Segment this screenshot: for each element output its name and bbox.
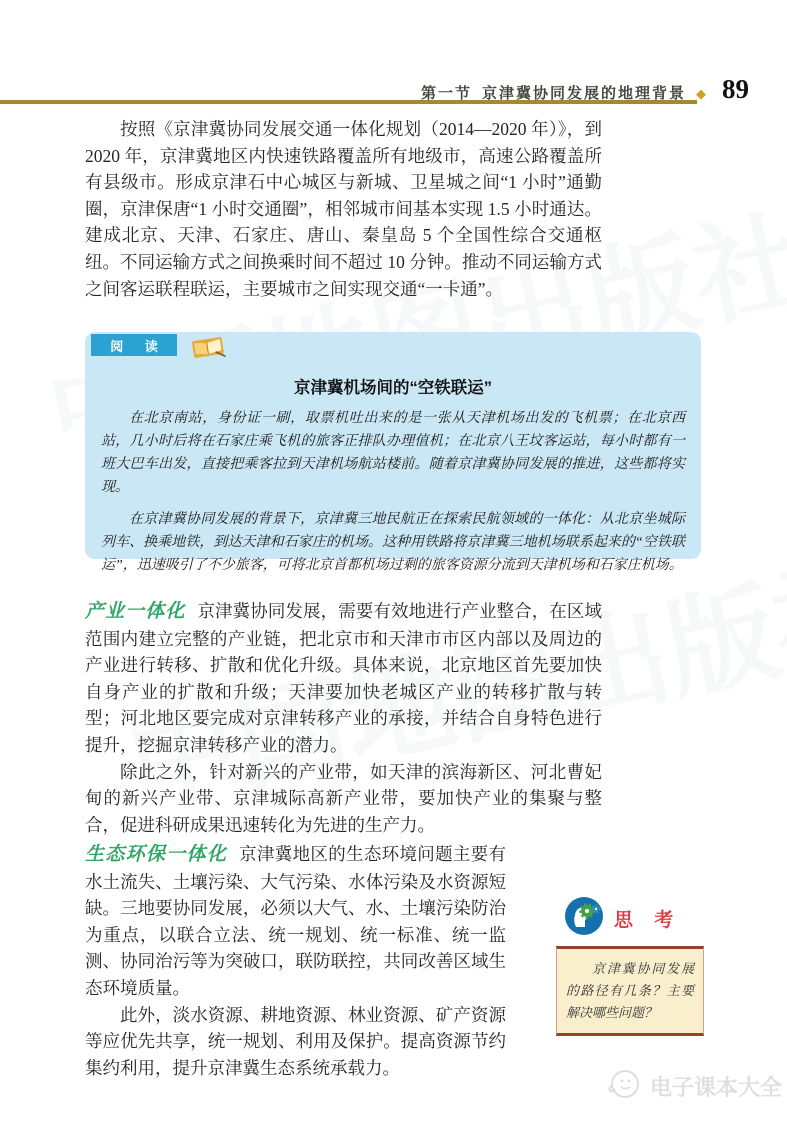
section-lead-text: 京津冀地区的生态环境问题主要有水土流失、土壤污染、大气污染、水体污染及水资源短缺…	[85, 844, 506, 998]
section-paragraph: 除此之外，针对新兴的产业带，如天津的滨海新区、河北曹妃甸的新兴产业带、京津城际高…	[85, 759, 602, 839]
reading-title: 京津冀机场间的“空铁联运”	[85, 332, 701, 398]
brand-text: 电子课本大全	[650, 1071, 782, 1102]
intro-paragraph: 按照《京津冀协同发展交通一体化规划（2014—2020 年）》，到 2020 年…	[85, 116, 602, 302]
think-label: 思 考	[614, 905, 681, 932]
reading-box: 阅 读 京津冀机场间的“空铁联运” 在北京南站，身份证一刷，取票机吐出来的是一张…	[85, 332, 701, 559]
reading-paragraph: 在北京南站，身份证一刷，取票机吐出来的是一张从天津机场出发的飞机票；在北京西站，…	[101, 407, 685, 499]
reading-paragraph: 在京津冀协同发展的背景下，京津冀三地民航正在探索民航领域的一体化：从北京坐城际列…	[101, 508, 685, 577]
open-book-icon	[187, 333, 229, 368]
think-sidebar: 思 考 京津冀协同发展的路径有几条？主要解决哪些问题？	[556, 896, 704, 1036]
think-question-box: 京津冀协同发展的路径有几条？主要解决哪些问题？	[556, 946, 704, 1036]
think-header: 思 考	[556, 896, 704, 941]
section-paragraph: 此外，淡水资源、耕地资源、林业资源、矿产资源等应优先共享，统一规划、利用及保护。…	[85, 1002, 506, 1082]
reading-tab: 阅 读	[91, 334, 177, 356]
section-heading: 生态环保一体化	[85, 844, 227, 865]
page-number: 89	[722, 74, 749, 105]
section-heading: 产业一体化	[85, 601, 185, 622]
cat-logo-icon	[606, 1066, 642, 1107]
brand-watermark: 电子课本大全	[606, 1066, 782, 1107]
section-lead-text: 京津冀协同发展，需要有效地进行产业整合，在区域范围内建立完整的产业链，把北京市和…	[85, 601, 602, 755]
diamond-icon: ◆	[696, 86, 706, 102]
textbook-page: 中国地图出版社 中国地图出版社 第一节 京津冀协同发展的地理背景 ◆ 89 按照…	[0, 0, 787, 1121]
section-ecology: 生态环保一体化京津冀地区的生态环境问题主要有水土流失、土壤污染、大气污染、水体污…	[85, 841, 506, 1081]
section-industry: 产业一体化京津冀协同发展，需要有效地进行产业整合，在区域范围内建立完整的产业链，…	[85, 598, 602, 838]
header-rule	[0, 100, 697, 104]
thinking-head-icon	[564, 896, 604, 941]
